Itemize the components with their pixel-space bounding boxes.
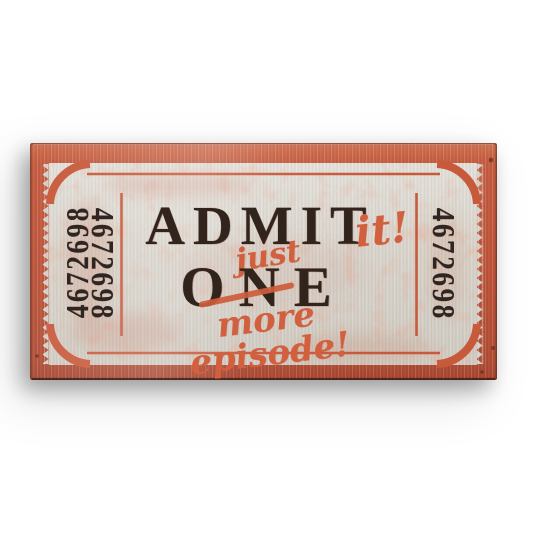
it-text: it! xyxy=(350,206,414,254)
metal-print: 4672698 4672698 4672698 ADMIT it! just O… xyxy=(30,143,497,380)
ticket-number-right: 4672698 xyxy=(428,208,460,319)
ticket-number-left-inner: 4672698 xyxy=(87,208,119,319)
product-photo: 4672698 4672698 4672698 ADMIT it! just O… xyxy=(0,0,533,533)
